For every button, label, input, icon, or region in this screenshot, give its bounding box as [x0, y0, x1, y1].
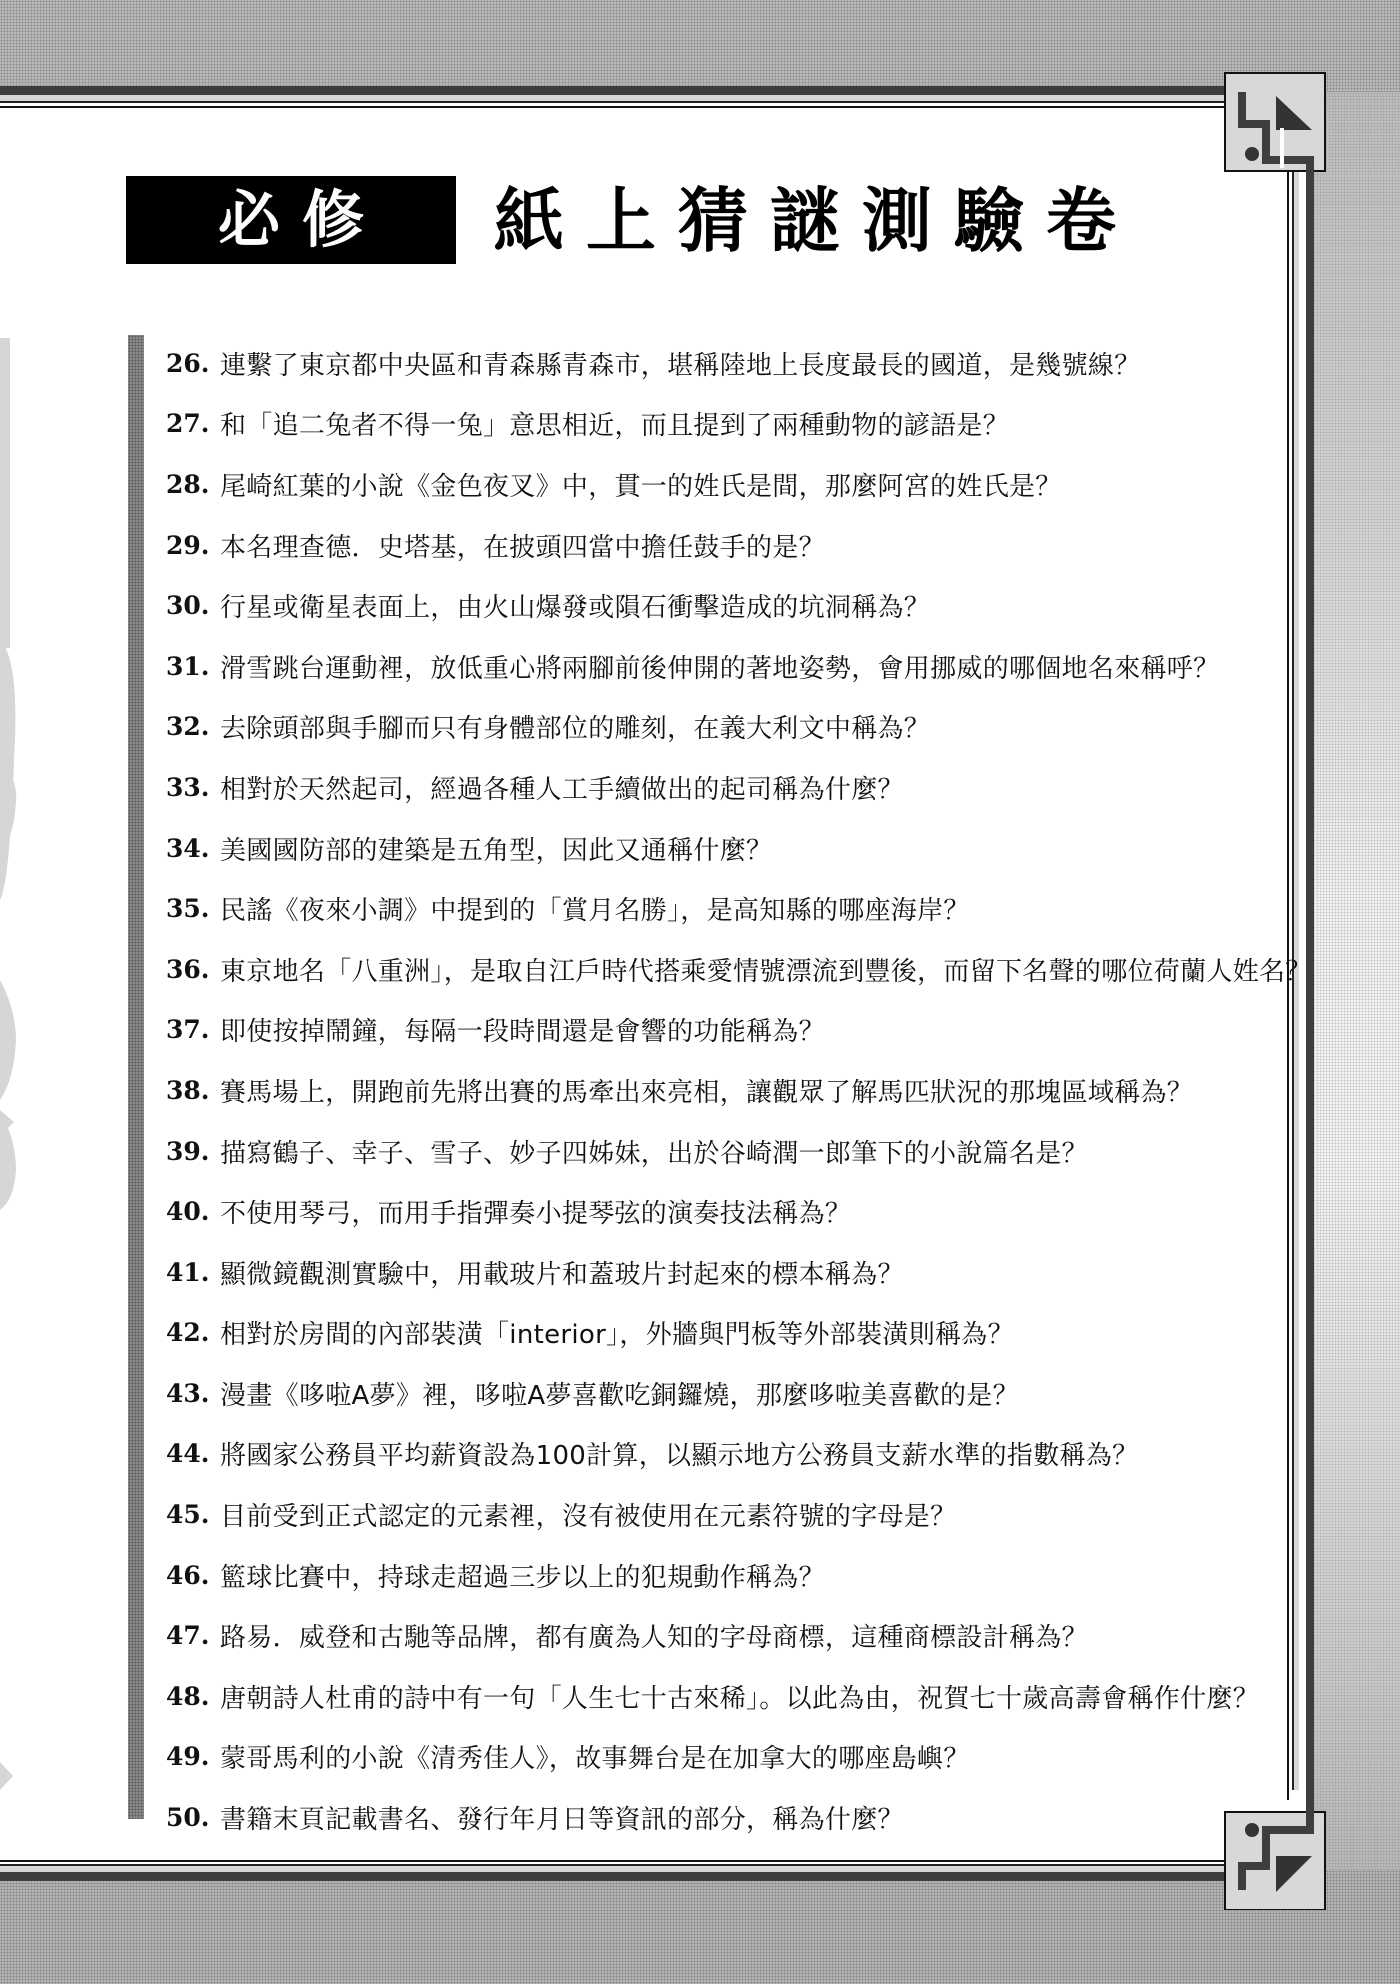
- question-text: 連繫了東京都中央區和青森縣青森市，堪稱陸地上長度最長的國道，是幾號線？: [220, 345, 1141, 382]
- question-item: 37.即使按掉鬧鐘，每隔一段時間還是會響的功能稱為？: [166, 1000, 1286, 1061]
- question-list: 26.連繫了東京都中央區和青森縣青森市，堪稱陸地上長度最長的國道，是幾號線？ 2…: [166, 333, 1286, 1848]
- question-number: 35.: [166, 894, 220, 923]
- question-item: 30.行星或衛星表面上，由火山爆發或隕石衝擊造成的坑洞稱為？: [166, 575, 1286, 636]
- list-accent-bar: [128, 335, 144, 1819]
- question-number: 40.: [166, 1197, 220, 1226]
- question-item: 38.賽馬場上，開跑前先將出賽的馬牽出來亮相，讓觀眾了解馬匹狀況的那塊區域稱為？: [166, 1060, 1286, 1121]
- question-number: 28.: [166, 470, 220, 499]
- frame-border-top-inner: [0, 95, 1238, 103]
- question-number: 39.: [166, 1137, 220, 1166]
- halftone-background-top: [0, 0, 1400, 92]
- question-number: 31.: [166, 652, 220, 681]
- question-item: 28.尾崎紅葉的小說《金色夜叉》中，貫一的姓氏是間，那麼阿宮的姓氏是？: [166, 454, 1286, 515]
- question-number: 38.: [166, 1076, 220, 1105]
- corner-ornament-top-right-icon: [1224, 72, 1334, 182]
- question-text: 不使用琴弓，而用手指彈奏小提琴弦的演奏技法稱為？: [220, 1193, 851, 1230]
- question-number: 47.: [166, 1621, 220, 1650]
- question-item: 50.書籍末頁記載書名、發行年月日等資訊的部分，稱為什麼？: [166, 1787, 1286, 1848]
- question-number: 41.: [166, 1258, 220, 1287]
- question-number: 42.: [166, 1318, 220, 1347]
- frame-border-top-line: [0, 106, 1230, 108]
- halftone-background-bottom: [0, 1870, 1400, 1984]
- question-text: 去除頭部與手腳而只有身體部位的雕刻，在義大利文中稱為？: [220, 708, 930, 745]
- question-item: 46.籃球比賽中，持球走超過三步以上的犯規動作稱為？: [166, 1545, 1286, 1606]
- question-number: 49.: [166, 1742, 220, 1771]
- question-item: 27.和「追二兔者不得一兔」意思相近，而且提到了兩種動物的諺語是？: [166, 394, 1286, 455]
- question-text: 東京地名「八重洲」，是取自江戶時代搭乘愛情號漂流到豐後，而留下名聲的哪位荷蘭人姓…: [220, 951, 1312, 988]
- question-number: 33.: [166, 773, 220, 802]
- question-text: 籃球比賽中，持球走超過三步以上的犯規動作稱為？: [220, 1557, 825, 1594]
- question-item: 35.民謠《夜來小調》中提到的「賞月名勝」，是高知縣的哪座海岸？: [166, 878, 1286, 939]
- question-number: 48.: [166, 1682, 220, 1711]
- question-text: 行星或衛星表面上，由火山爆發或隕石衝擊造成的坑洞稱為？: [220, 587, 930, 624]
- question-number: 46.: [166, 1561, 220, 1590]
- question-text: 蒙哥馬利的小說《清秀佳人》，故事舞台是在加拿大的哪座島嶼？: [220, 1738, 970, 1775]
- question-item: 40.不使用琴弓，而用手指彈奏小提琴弦的演奏技法稱為？: [166, 1181, 1286, 1242]
- required-badge-label: 必修: [196, 189, 386, 251]
- question-item: 45.目前受到正式認定的元素裡，沒有被使用在元素符號的字母是？: [166, 1484, 1286, 1545]
- question-item: 43.漫畫《哆啦A夢》裡，哆啦A夢喜歡吃銅鑼燒，那麼哆啦美喜歡的是？: [166, 1363, 1286, 1424]
- question-text: 賽馬場上，開跑前先將出賽的馬牽出來亮相，讓觀眾了解馬匹狀況的那塊區域稱為？: [220, 1072, 1193, 1109]
- question-text: 美國國防部的建築是五角型，因此又通稱什麼？: [220, 830, 772, 867]
- page-title: 紙上猜謎測驗卷: [494, 178, 1138, 264]
- question-number: 36.: [166, 955, 220, 984]
- question-number: 27.: [166, 409, 220, 438]
- question-text: 即使按掉鬧鐘，每隔一段時間還是會響的功能稱為？: [220, 1011, 825, 1048]
- question-item: 26.連繫了東京都中央區和青森縣青森市，堪稱陸地上長度最長的國道，是幾號線？: [166, 333, 1286, 394]
- question-text: 滑雪跳台運動裡，放低重心將兩腳前後伸開的著地姿勢，會用挪威的哪個地名來稱呼？: [220, 648, 1219, 685]
- question-item: 42.相對於房間的內部裝潢「interior」，外牆與門板等外部裝潢則稱為？: [166, 1303, 1286, 1364]
- question-item: 41.顯微鏡觀測實驗中，用載玻片和蓋玻片封起來的標本稱為？: [166, 1242, 1286, 1303]
- question-item: 39.描寫鶴子、幸子、雪子、妙子四姊妹，出於谷崎潤一郎筆下的小說篇名是？: [166, 1121, 1286, 1182]
- question-item: 36.東京地名「八重洲」，是取自江戶時代搭乘愛情號漂流到豐後，而留下名聲的哪位荷…: [166, 939, 1286, 1000]
- question-text: 漫畫《哆啦A夢》裡，哆啦A夢喜歡吃銅鑼燒，那麼哆啦美喜歡的是？: [220, 1375, 1019, 1412]
- question-text: 相對於天然起司，經過各種人工手續做出的起司稱為什麼？: [220, 769, 904, 806]
- question-text: 民謠《夜來小調》中提到的「賞月名勝」，是高知縣的哪座海岸？: [220, 890, 970, 927]
- question-item: 29.本名理查德．史塔基，在披頭四當中擔任鼓手的是？: [166, 515, 1286, 576]
- question-item: 49.蒙哥馬利的小說《清秀佳人》，故事舞台是在加拿大的哪座島嶼？: [166, 1727, 1286, 1788]
- question-number: 45.: [166, 1500, 220, 1529]
- question-number: 43.: [166, 1379, 220, 1408]
- question-text: 和「追二兔者不得一兔」意思相近，而且提到了兩種動物的諺語是？: [220, 405, 1009, 442]
- question-text: 唐朝詩人杜甫的詩中有一句「人生七十古來稀」。以此為由，祝賀七十歲高壽會稱作什麼？: [220, 1678, 1259, 1715]
- question-number: 29.: [166, 531, 220, 560]
- question-item: 31.滑雪跳台運動裡，放低重心將兩腳前後伸開的著地姿勢，會用挪威的哪個地名來稱呼…: [166, 636, 1286, 697]
- question-item: 44.將國家公務員平均薪資設為100計算，以顯示地方公務員支薪水準的指數稱為？: [166, 1424, 1286, 1485]
- frame-border-top: [0, 86, 1238, 95]
- question-item: 48.唐朝詩人杜甫的詩中有一句「人生七十古來稀」。以此為由，祝賀七十歲高壽會稱作…: [166, 1666, 1286, 1727]
- question-text: 本名理查德．史塔基，在披頭四當中擔任鼓手的是？: [220, 527, 825, 564]
- question-number: 37.: [166, 1015, 220, 1044]
- question-text: 描寫鶴子、幸子、雪子、妙子四姊妹，出於谷崎潤一郎筆下的小說篇名是？: [220, 1133, 1088, 1170]
- question-text: 將國家公務員平均薪資設為100計算，以顯示地方公務員支薪水準的指數稱為？: [220, 1435, 1138, 1472]
- required-badge: 必修: [126, 176, 456, 264]
- question-number: 44.: [166, 1439, 220, 1468]
- question-text: 相對於房間的內部裝潢「interior」，外牆與門板等外部裝潢則稱為？: [220, 1314, 1014, 1351]
- question-text: 尾崎紅葉的小說《金色夜叉》中，貫一的姓氏是間，那麼阿宮的姓氏是？: [220, 466, 1062, 503]
- question-item: 32.去除頭部與手腳而只有身體部位的雕刻，在義大利文中稱為？: [166, 697, 1286, 758]
- frame-border-bottom-line: [0, 1860, 1230, 1862]
- question-number: 30.: [166, 591, 220, 620]
- question-number: 34.: [166, 834, 220, 863]
- watermark-graphic: [0, 0, 40, 1984]
- question-text: 目前受到正式認定的元素裡，沒有被使用在元素符號的字母是？: [220, 1496, 956, 1533]
- question-item: 33.相對於天然起司，經過各種人工手續做出的起司稱為什麼？: [166, 757, 1286, 818]
- question-number: 50.: [166, 1803, 220, 1832]
- question-item: 34.美國國防部的建築是五角型，因此又通稱什麼？: [166, 818, 1286, 879]
- frame-border-bottom-inner: [0, 1864, 1238, 1872]
- question-item: 47.路易．威登和古馳等品牌，都有廣為人知的字母商標，這種商標設計稱為？: [166, 1605, 1286, 1666]
- question-number: 26.: [166, 349, 220, 378]
- question-text: 路易．威登和古馳等品牌，都有廣為人知的字母商標，這種商標設計稱為？: [220, 1617, 1088, 1654]
- frame-border-bottom: [0, 1872, 1238, 1881]
- question-number: 32.: [166, 712, 220, 741]
- halftone-background-right: [1310, 92, 1400, 1870]
- question-text: 書籍末頁記載書名、發行年月日等資訊的部分，稱為什麼？: [220, 1799, 904, 1836]
- question-text: 顯微鏡觀測實驗中，用載玻片和蓋玻片封起來的標本稱為？: [220, 1254, 904, 1291]
